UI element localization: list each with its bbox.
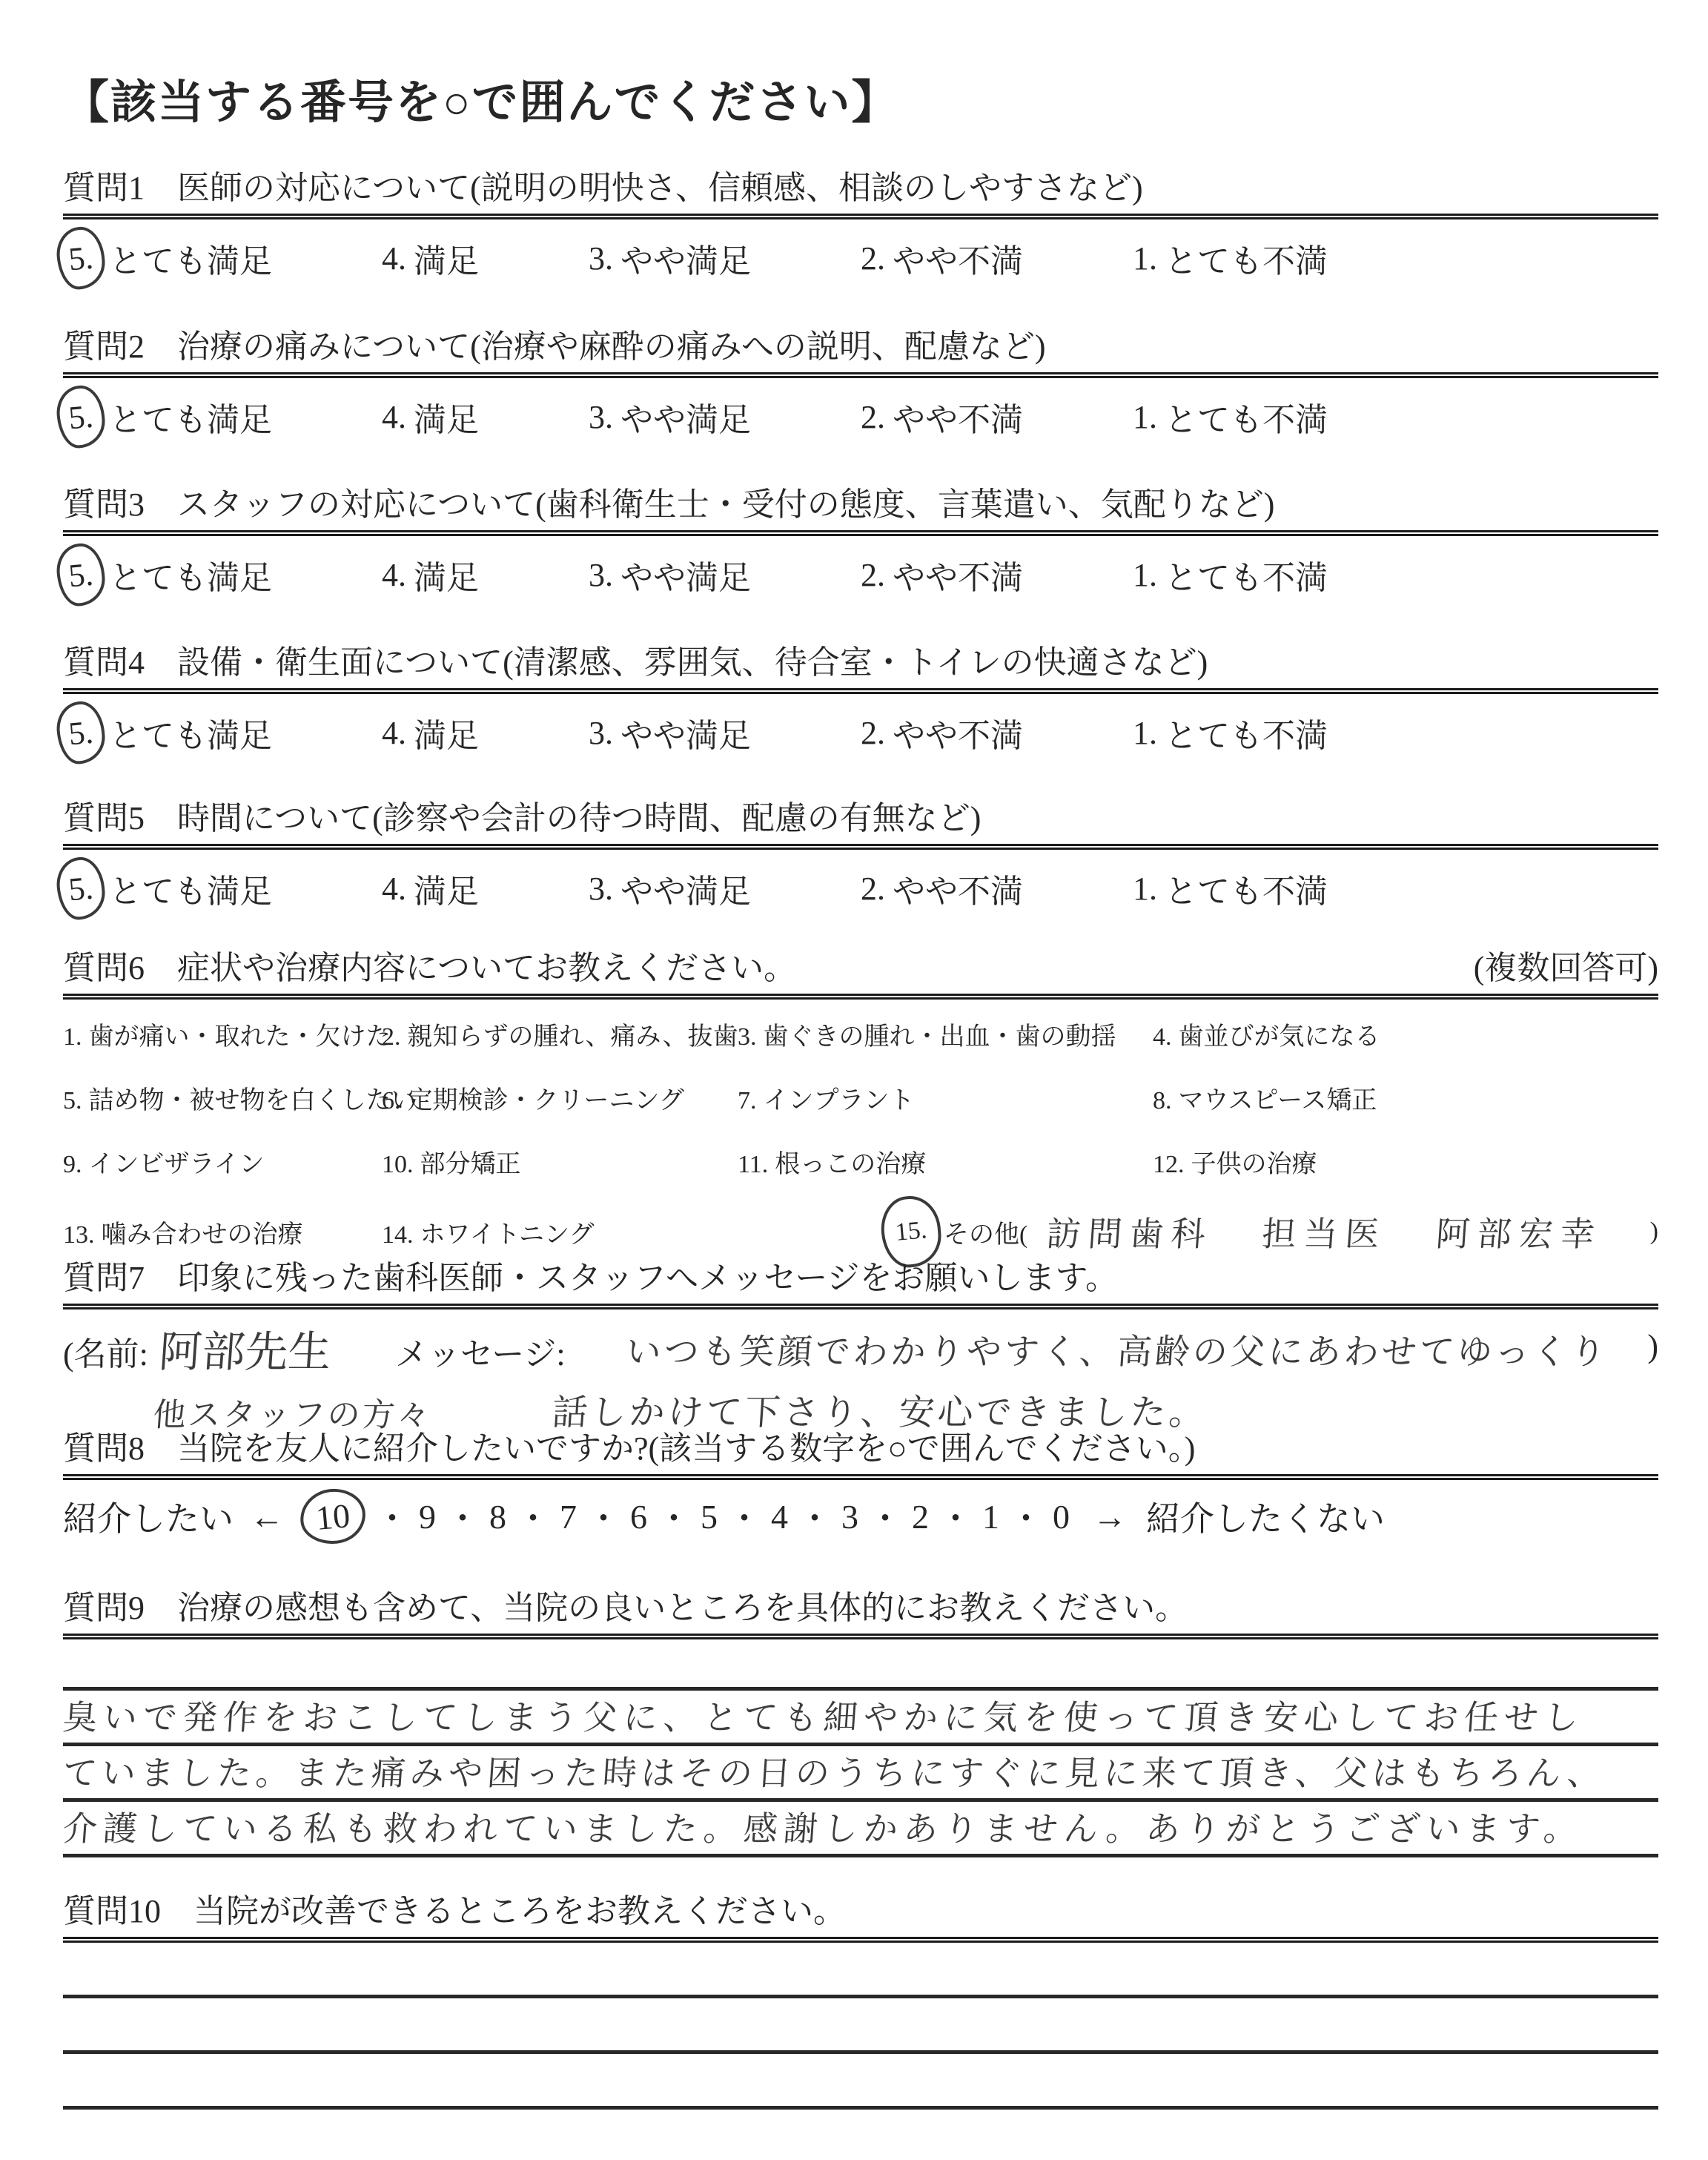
question-5-title: 時間について(診察や会計の待つ時間、配慮の有無など)	[177, 799, 981, 838]
question-5: 質問5 時間について(診察や会計の待つ時間、配慮の有無など) 5. とても満足 …	[63, 799, 1658, 912]
option-very-dissatisfied: 1.とても不満	[1133, 865, 1328, 912]
header-rule	[63, 214, 1658, 219]
scale-number-0: 0	[1053, 1497, 1070, 1536]
question-6-number: 質問6	[63, 949, 145, 988]
question-9-number: 質問9	[63, 1589, 145, 1628]
q6-row-2: 5.詰め物・被せ物を白くしたい 6.定期検診・クリーニング 7.インプラント 8…	[63, 1080, 1658, 1116]
q7-name-label: (名前:	[63, 1327, 148, 1375]
option-somewhat-satisfied: 3.やや満足	[589, 234, 751, 282]
question-4-header: 質問4 設備・衛生面について(清潔感、雰囲気、待合室・トイレの快適さなど)	[63, 644, 1658, 682]
handwritten-circle: 15.	[878, 1194, 944, 1270]
question-10-header: 質問10 当院が改善できるところをお教えください。	[63, 1892, 1658, 1931]
header-rule	[63, 530, 1658, 536]
q6-option-15: 15. その他( 訪問歯科 担当医 阿部宏幸 )	[886, 1207, 1658, 1256]
question-9-title: 治療の感想も含めて、当院の良いところを具体的にお教えください。	[177, 1589, 1188, 1628]
question-10: 質問10 当院が改善できるところをお教えください。	[63, 1892, 1658, 2160]
q6-option-9: 9.インビザライン	[63, 1143, 382, 1180]
option-satisfied: 4.満足	[382, 234, 479, 282]
question-2-header: 質問2 治療の痛みについて(治療や麻酔の痛みへの説明、配慮など)	[63, 328, 1658, 366]
scale-number-2: 2	[912, 1497, 929, 1536]
option-somewhat-dissatisfied: 2.やや不満	[861, 234, 1023, 282]
option-very-satisfied: 5. とても満足	[63, 234, 272, 282]
q6-option-6: 6.定期検診・クリーニング	[382, 1080, 738, 1116]
dot-separator: ・	[727, 1492, 761, 1541]
question-2-title: 治療の痛みについて(治療や麻酔の痛みへの説明、配慮など)	[177, 328, 1046, 366]
question-5-options: 5. とても満足 4.満足 3.やや満足 2.やや不満 1.とても不満	[63, 865, 1658, 912]
option-very-dissatisfied: 1.とても不満	[1133, 234, 1328, 282]
answer-line: 臭いで発作をおこしてしまう父に、とても細やかに気を使って頂き安心してお任せし	[63, 1691, 1658, 1746]
dot-separator: ・	[446, 1492, 480, 1541]
q6-option-11: 11.根っこの治療	[738, 1143, 1153, 1180]
handwritten-circle: 5.	[54, 699, 107, 765]
question-2: 質問2 治療の痛みについて(治療や麻酔の痛みへの説明、配慮など) 5. とても満…	[63, 328, 1658, 440]
q6-other-close-paren: )	[1650, 1218, 1658, 1246]
question-10-number: 質問10	[63, 1892, 161, 1931]
question-3-title: スタッフの対応について(歯科衛生士・受付の態度、言葉遣い、気配りなど)	[177, 486, 1274, 524]
option-label: とても満足	[109, 234, 272, 282]
question-7: 質問7 印象に残った歯科医師・スタッフへメッセージをお願いします。 (名前: 阿…	[63, 1259, 1658, 1450]
option-very-satisfied: 5. とても満足	[63, 393, 272, 440]
question-6-options: 1.歯が痛い・取れた・欠けた 2.親知らずの腫れ、痛み、抜歯 3.歯ぐきの腫れ・…	[63, 1016, 1658, 1256]
dot-separator: ・	[657, 1492, 691, 1541]
q7-message-label: メッセージ:	[395, 1327, 566, 1375]
q6-option-1: 1.歯が痛い・取れた・欠けた	[63, 1016, 382, 1052]
scale-right-label: 紹介したくない	[1146, 1492, 1385, 1541]
header-rule	[63, 844, 1658, 850]
scale-left-label: 紹介したい	[63, 1492, 234, 1541]
q9-handwriting-line3: 介護している私も救われていました。感謝しかありません。ありがとうございます。	[61, 1802, 1585, 1855]
question-4: 質問4 設備・衛生面について(清潔感、雰囲気、待合室・トイレの快適さなど) 5.…	[63, 644, 1658, 756]
handwritten-circle: 5.	[54, 225, 107, 291]
dot-separator: ・	[375, 1492, 409, 1541]
right-arrow-icon: →	[1093, 1497, 1127, 1536]
q6-option-7: 7.インプラント	[738, 1080, 1153, 1116]
scale-number-8: 8	[489, 1497, 506, 1536]
question-3-number: 質問3	[63, 486, 145, 524]
header-rule	[63, 1304, 1658, 1309]
left-arrow-icon: ←	[250, 1497, 284, 1536]
option-satisfied: 4.満足	[382, 865, 479, 912]
q6-option-2: 2.親知らずの腫れ、痛み、抜歯	[382, 1016, 738, 1052]
q6-option-12: 12.子供の治療	[1153, 1143, 1317, 1180]
answer-line: ていました。また痛みや困った時はその日のうちにすぐに見に来て頂き、父はもちろん、	[63, 1746, 1658, 1802]
question-9: 質問9 治療の感想も含めて、当院の良いところを具体的にお教えください。 臭いで発…	[63, 1589, 1658, 1857]
option-very-dissatisfied: 1.とても不満	[1133, 393, 1328, 440]
q6-option-10: 10.部分矯正	[382, 1143, 738, 1180]
option-somewhat-dissatisfied: 2.やや不満	[861, 709, 1023, 756]
question-2-number: 質問2	[63, 328, 145, 366]
handwritten-circle: 5.	[54, 383, 107, 449]
question-6-header: 質問6 症状や治療内容についてお教えください。 (複数回答可)	[63, 949, 1658, 988]
q7-message-handwriting-line2: 話しかけて下さり、安心できました。	[551, 1384, 1210, 1435]
question-1-options: 5. とても満足 4.満足 3.やや満足 2.やや不満 1.とても不満	[63, 234, 1658, 282]
q6-other-handwriting: 訪問歯科 担当医 阿部宏幸	[1045, 1207, 1604, 1256]
option-very-satisfied: 5. とても満足	[63, 865, 272, 912]
question-7-title: 印象に残った歯科医師・スタッフへメッセージをお願いします。	[177, 1259, 1118, 1298]
q6-option-13: 13.噛み合わせの治療	[63, 1214, 382, 1250]
scale-number-10: 10	[314, 1496, 351, 1538]
question-10-title: 当院が改善できるところをお教えください。	[193, 1892, 846, 1931]
dot-separator: ・	[516, 1492, 550, 1541]
q6-option-3: 3.歯ぐきの腫れ・出血・歯の動揺	[738, 1016, 1153, 1052]
question-4-number: 質問4	[63, 644, 145, 682]
header-rule	[63, 994, 1658, 1000]
scanned-survey-form: 【該当する番号を○で囲んでください】 質問1 医師の対応について(説明の明快さ、…	[0, 0, 1708, 2160]
answer-line	[63, 1639, 1658, 1691]
question-6-title: 症状や治療内容についてお教えください。	[177, 949, 796, 988]
header-rule	[63, 1474, 1658, 1480]
question-5-header: 質問5 時間について(診察や会計の待つ時間、配慮の有無など)	[63, 799, 1658, 838]
dot-separator: ・	[586, 1492, 620, 1541]
option-satisfied: 4.満足	[382, 709, 479, 756]
q6-option-14: 14.ホワイトニング	[382, 1214, 886, 1250]
option-somewhat-dissatisfied: 2.やや不満	[861, 393, 1023, 440]
question-4-title: 設備・衛生面について(清潔感、雰囲気、待合室・トイレの快適さなど)	[177, 644, 1208, 682]
answer-line	[63, 2110, 1658, 2160]
q7-name-handwriting: 阿部先生	[157, 1317, 334, 1379]
question-3-header: 質問3 スタッフの対応について(歯科衛生士・受付の態度、言葉遣い、気配りなど)	[63, 486, 1658, 524]
question-7-header: 質問7 印象に残った歯科医師・スタッフへメッセージをお願いします。	[63, 1259, 1658, 1298]
header-rule	[63, 1937, 1658, 1943]
option-somewhat-satisfied: 3.やや満足	[589, 393, 751, 440]
question-1: 質問1 医師の対応について(説明の明快さ、信頼感、相談のしやすさなど) 5. と…	[63, 169, 1658, 282]
scale-number-3: 3	[841, 1497, 858, 1536]
question-6: 質問6 症状や治療内容についてお教えください。 (複数回答可) 1.歯が痛い・取…	[63, 949, 1658, 1284]
scale-number-1: 1	[982, 1497, 999, 1536]
question-9-header: 質問9 治療の感想も含めて、当院の良いところを具体的にお教えください。	[63, 1589, 1658, 1628]
option-very-satisfied: 5. とても満足	[63, 709, 272, 756]
q6-option-4: 4.歯並びが気になる	[1153, 1016, 1380, 1052]
scale-number-9: 9	[419, 1497, 436, 1536]
question-5-number: 質問5	[63, 799, 145, 838]
q6-row-1: 1.歯が痛い・取れた・欠けた 2.親知らずの腫れ、痛み、抜歯 3.歯ぐきの腫れ・…	[63, 1016, 1658, 1052]
handwritten-circle: 10	[298, 1486, 368, 1546]
option-somewhat-satisfied: 3.やや満足	[589, 551, 751, 598]
option-satisfied: 4.満足	[382, 393, 479, 440]
q7-message-handwriting-line1: いつも笑顔でわかりやすく、高齢の父にあわせてゆっくり	[625, 1324, 1610, 1374]
scale-number-6: 6	[630, 1497, 647, 1536]
question-9-answer-area: 臭いで発作をおこしてしまう父に、とても細やかに気を使って頂き安心してお任せし て…	[63, 1639, 1658, 1857]
question-10-answer-area	[63, 1943, 1658, 2160]
recommend-scale: 紹介したい ← 10 ・ 9 ・ 8 ・ 7 ・ 6 ・ 5 ・ 4 ・ 3 ・…	[63, 1492, 1658, 1541]
question-1-number: 質問1	[63, 169, 145, 208]
scale-number-4: 4	[771, 1497, 788, 1536]
question-8-header: 質問8 当院を友人に紹介したいですか?(該当する数字を○で囲んでください。)	[63, 1430, 1658, 1468]
answer-line: 介護している私も救われていました。感謝しかありません。ありがとうございます。	[63, 1802, 1658, 1857]
dot-separator: ・	[798, 1492, 832, 1541]
answer-line	[63, 2054, 1658, 2110]
q6-row-3: 9.インビザライン 10.部分矯正 11.根っこの治療 12.子供の治療	[63, 1143, 1658, 1180]
question-3: 質問3 スタッフの対応について(歯科衛生士・受付の態度、言葉遣い、気配りなど) …	[63, 486, 1658, 598]
option-satisfied: 4.満足	[382, 551, 479, 598]
question-3-options: 5. とても満足 4.満足 3.やや満足 2.やや不満 1.とても不満	[63, 551, 1658, 598]
handwritten-circle: 5.	[54, 855, 107, 921]
question-8-number: 質問8	[63, 1430, 145, 1468]
option-somewhat-satisfied: 3.やや満足	[589, 865, 751, 912]
option-very-dissatisfied: 1.とても不満	[1133, 709, 1328, 756]
dot-separator: ・	[939, 1492, 973, 1541]
q9-handwriting-line2: ていました。また痛みや困った時はその日のうちにすぐに見に来て頂き、父はもちろん、	[61, 1746, 1607, 1800]
option-somewhat-satisfied: 3.やや満足	[589, 709, 751, 756]
q6-row-4: 13.噛み合わせの治療 14.ホワイトニング 15. その他( 訪問歯科 担当医…	[63, 1207, 1658, 1256]
option-number: 5.	[67, 238, 94, 278]
handwritten-circle: 5.	[54, 541, 107, 607]
q6-other-label: その他(	[944, 1214, 1027, 1250]
question-8: 質問8 当院を友人に紹介したいですか?(該当する数字を○で囲んでください。) 紹…	[63, 1430, 1658, 1541]
question-1-title: 医師の対応について(説明の明快さ、信頼感、相談のしやすさなど)	[177, 169, 1143, 208]
question-1-header: 質問1 医師の対応について(説明の明快さ、信頼感、相談のしやすさなど)	[63, 169, 1658, 208]
q6-option-5: 5.詰め物・被せ物を白くしたい	[63, 1080, 382, 1116]
q6-option-8: 8.マウスピース矯正	[1153, 1080, 1377, 1116]
q9-handwriting-line1: 臭いで発作をおこしてしまう父に、とても細やかに気を使って頂き安心してお任せし	[61, 1691, 1586, 1744]
header-rule	[63, 1634, 1658, 1639]
option-very-satisfied: 5. とても満足	[63, 551, 272, 598]
question-8-title: 当院を友人に紹介したいですか?(該当する数字を○で囲んでください。)	[177, 1430, 1195, 1468]
answer-line	[63, 1998, 1658, 2054]
scale-number-7: 7	[560, 1497, 577, 1536]
question-2-options: 5. とても満足 4.満足 3.やや満足 2.やや不満 1.とても不満	[63, 393, 1658, 440]
option-somewhat-dissatisfied: 2.やや不満	[861, 551, 1023, 598]
answer-line	[63, 1943, 1658, 1998]
header-rule	[63, 372, 1658, 378]
dot-separator: ・	[1009, 1492, 1043, 1541]
q7-close-paren: )	[1647, 1327, 1658, 1365]
dot-separator: ・	[868, 1492, 902, 1541]
option-very-dissatisfied: 1.とても不満	[1133, 551, 1328, 598]
form-title: 【該当する番号を○で囲んでください】	[63, 65, 1658, 131]
option-somewhat-dissatisfied: 2.やや不満	[861, 865, 1023, 912]
question-4-options: 5. とても満足 4.満足 3.やや満足 2.やや不満 1.とても不満	[63, 709, 1658, 756]
question-7-number: 質問7	[63, 1259, 145, 1298]
header-rule	[63, 688, 1658, 694]
multiple-answers-note: (複数回答可)	[1474, 949, 1658, 988]
scale-number-5: 5	[701, 1497, 718, 1536]
q7-name-handwriting-2: 他スタッフの方々	[152, 1388, 434, 1436]
